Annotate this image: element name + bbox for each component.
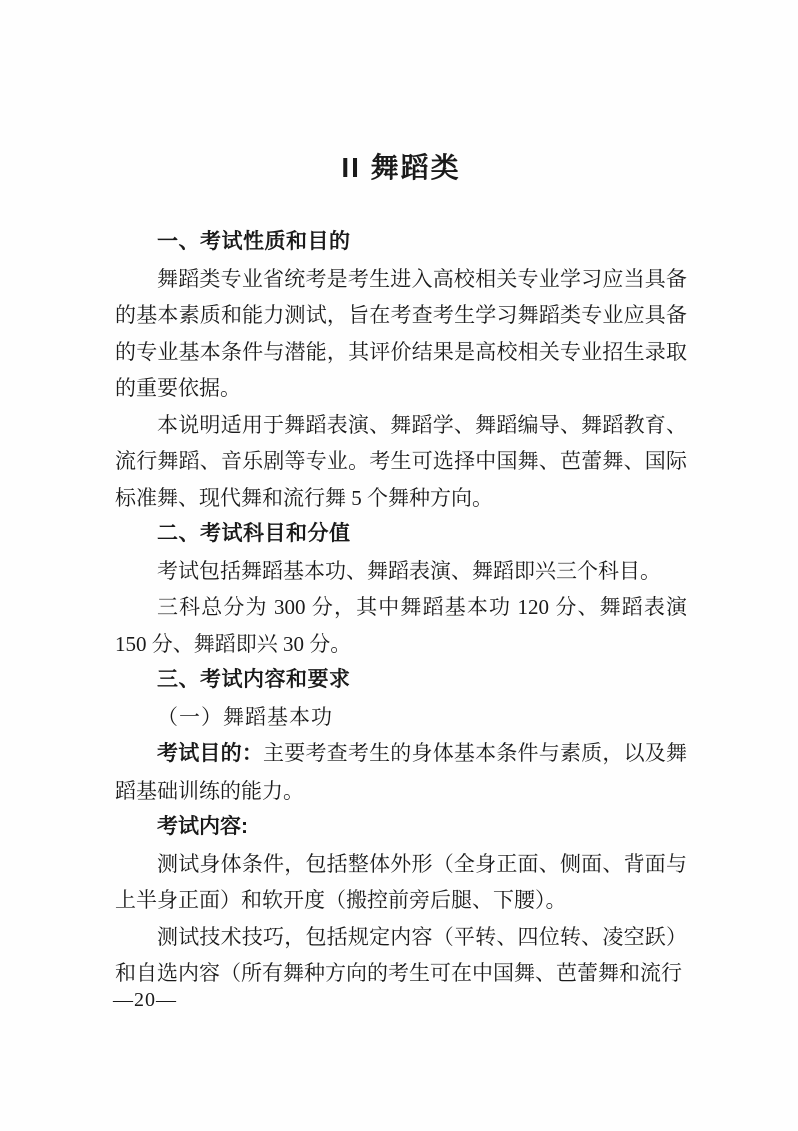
exam-purpose-label: 考试目的： [157,742,263,765]
document-page: II 舞蹈类 一、考试性质和目的 舞蹈类专业省统考是考生进入高校相关专业学习应当… [0,0,798,1131]
document-content: II 舞蹈类 一、考试性质和目的 舞蹈类专业省统考是考生进入高校相关专业学习应当… [115,0,687,992]
paragraph: 测试技术技巧，包括规定内容（平转、四位转、凌空跃）和自选内容（所有舞种方向的考生… [115,919,687,992]
paragraph: 测试身体条件，包括整体外形（全身正面、侧面、背面与上半身正面）和软开度（搬控前旁… [115,846,687,919]
paragraph: 本说明适用于舞蹈表演、舞蹈学、舞蹈编导、舞蹈教育、流行舞蹈、音乐剧等专业。考生可… [115,407,687,517]
exam-content-label: 考试内容: [115,809,687,846]
section-heading-content-requirements: 三、考试内容和要求 [115,662,687,699]
paragraph: 考试包括舞蹈基本功、舞蹈表演、舞蹈即兴三个科目。 [115,553,687,590]
section-heading-subjects-scores: 二、考试科目和分值 [115,516,687,553]
page-number: —20— [113,988,177,1012]
paragraph: 舞蹈类专业省统考是考生进入高校相关专业学习应当具备的基本素质和能力测试，旨在考查… [115,261,687,407]
exam-purpose-paragraph: 考试目的：主要考查考生的身体基本条件与素质，以及舞蹈基础训练的能力。 [115,735,687,809]
document-title: II 舞蹈类 [115,150,687,186]
section-heading-exam-nature: 一、考试性质和目的 [115,224,687,261]
subsection-heading-dance-basics: （一）舞蹈基本功 [115,699,687,736]
paragraph: 三科总分为 300 分，其中舞蹈基本功 120 分、舞蹈表演 150 分、舞蹈即… [115,589,687,662]
